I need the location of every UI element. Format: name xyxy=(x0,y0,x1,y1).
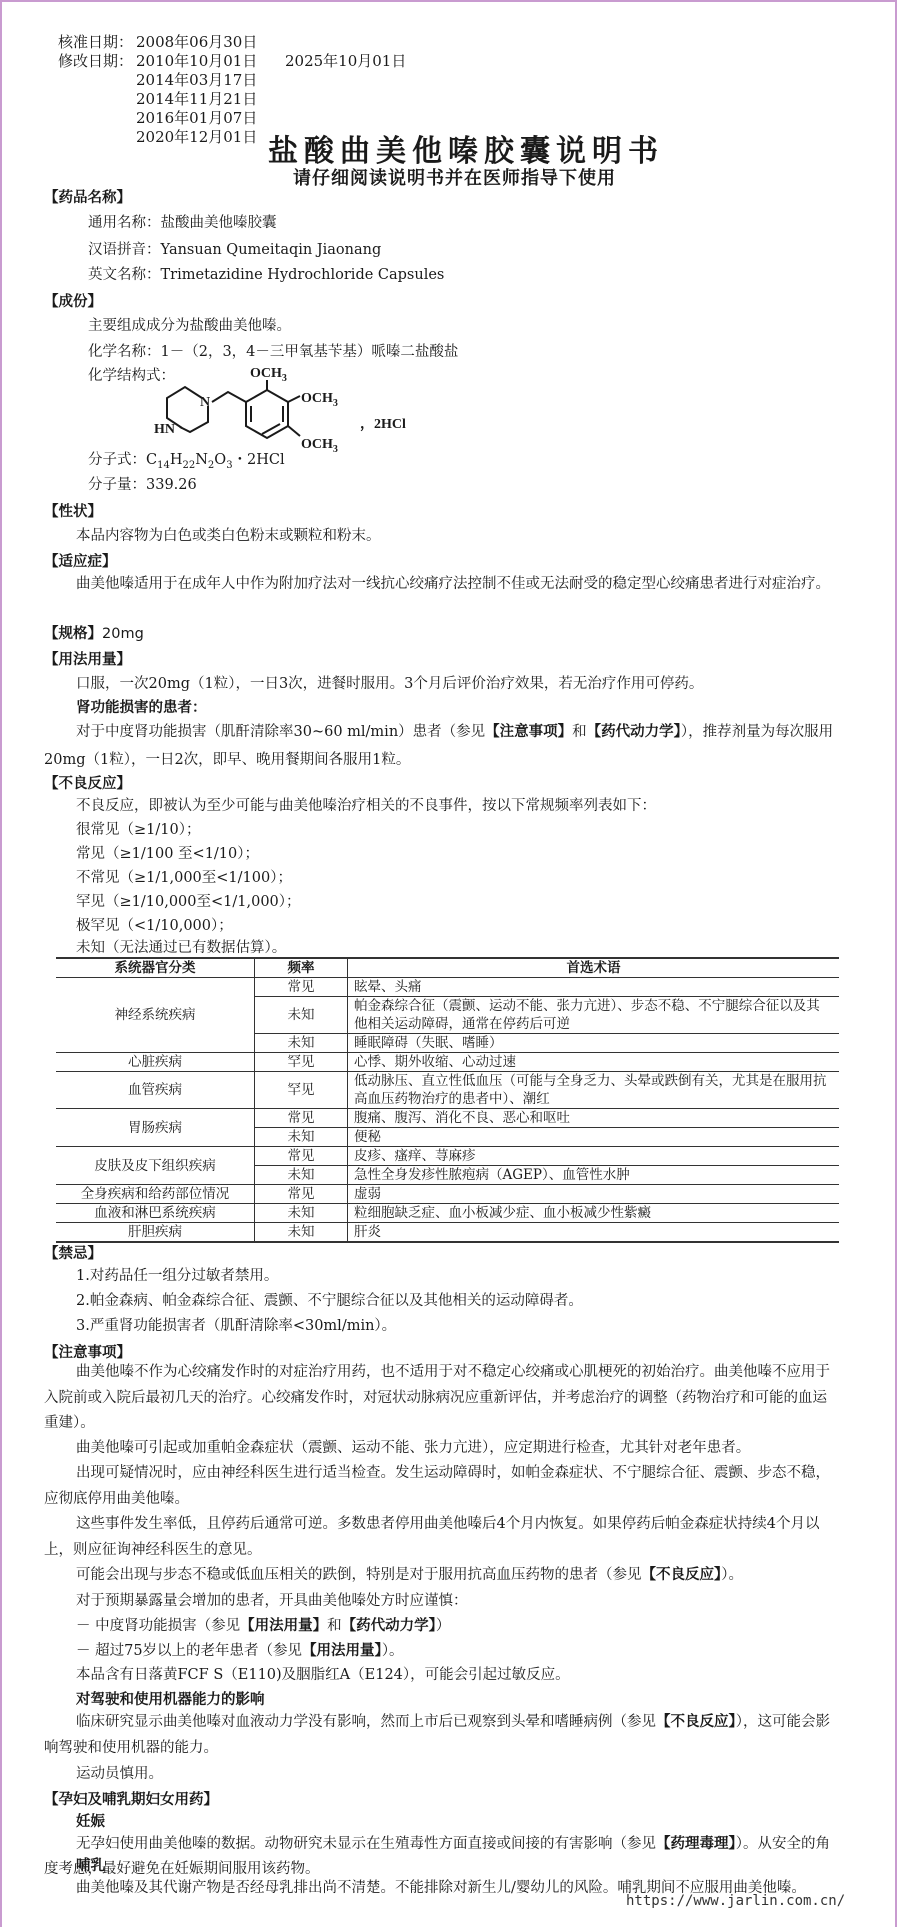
table-row: 胃肠疾病 常见 腹痛、腹泻、消化不良、恶心和呕吐 xyxy=(56,1109,839,1128)
section-heading-dosage: 【用法用量】 xyxy=(44,648,131,669)
term-cell: 眩晕、头痛 xyxy=(348,978,840,997)
section-heading-specification: 【规格】20mg xyxy=(44,622,144,643)
revision-date: 2014年03月17日 xyxy=(136,71,257,90)
freq-cell: 常见 xyxy=(255,978,348,997)
precaution-paragraph: 曲美他嗪可引起或加重帕金森症状（震颤、运动不能、张力亢进），应定期进行检查，尤其… xyxy=(44,1436,839,1462)
approval-label: 核准日期： xyxy=(58,33,133,52)
freq-cell: 常见 xyxy=(255,1109,348,1128)
frequency-item: 罕见（≥1/10,000至<1/1,000）； xyxy=(76,892,301,912)
section-heading-contraindications: 【禁忌】 xyxy=(44,1242,102,1263)
soc-cell: 神经系统疾病 xyxy=(56,978,255,1053)
adverse-reactions-table: 系统器官分类 频率 首选术语 神经系统疾病 常见 眩晕、头痛 未知 帕金森综合征… xyxy=(56,957,839,1243)
table-header-row: 系统器官分类 频率 首选术语 xyxy=(56,958,839,978)
precaution-line: － 超过75岁以上的老年患者（参见【用法用量】）。 xyxy=(76,1641,404,1661)
athletes-note: 运动员慎用。 xyxy=(76,1764,163,1784)
frequency-item: 极罕见（<1/10,000）； xyxy=(76,916,233,936)
svg-text:OCH3: OCH3 xyxy=(250,366,287,384)
term-cell: 腹痛、腹泻、消化不良、恶心和呕吐 xyxy=(348,1109,840,1128)
description-text: 本品内容物为白色或类白色粉末或颗粒和粉末。 xyxy=(76,526,381,546)
table-row: 皮肤及皮下组织疾病 常见 皮疹、瘙痒、荨麻疹 xyxy=(56,1147,839,1166)
svg-text:，2HCl: ，2HCl xyxy=(360,417,406,432)
term-cell: 急性全身发疹性脓疱病（AGEP）、血管性水肿 xyxy=(348,1166,840,1185)
molecular-formula: 分子式：C14H22N2O3・2HCl xyxy=(88,450,285,476)
section-heading-precautions: 【注意事项】 xyxy=(44,1341,131,1362)
column-header-soc: 系统器官分类 xyxy=(56,958,255,978)
frequency-item: 未知（无法通过已有数据估算）。 xyxy=(76,938,286,958)
section-heading-composition: 【成份】 xyxy=(44,290,102,311)
revision-date: 2014年11月21日 xyxy=(136,90,257,109)
soc-cell: 血管疾病 xyxy=(56,1072,255,1109)
lactation-subheading: 哺乳 xyxy=(76,1856,105,1876)
precaution-paragraph: 可能会出现与步态不稳或低血压相关的跌倒，特别是对于服用抗高血压药物的患者（参见【… xyxy=(44,1563,839,1589)
table-row: 全身疾病和给药部位情况 常见 虚弱 xyxy=(56,1185,839,1204)
soc-cell: 心脏疾病 xyxy=(56,1053,255,1072)
precaution-paragraph: 出现可疑情况时，应由神经科医生进行适当检查。发生运动障碍时，如帕金森症状、不宁腿… xyxy=(44,1461,839,1512)
precaution-paragraph: 曲美他嗪不作为心绞痛发作时的对症治疗用药，也不适用于对不稳定心绞痛或心肌梗死的初… xyxy=(44,1360,839,1437)
revision-date: 2020年12月01日 xyxy=(136,128,257,147)
freq-cell: 未知 xyxy=(255,1034,348,1053)
term-cell: 低动脉压、直立性低血压（可能与全身乏力、头晕或跌倒有关，尤其是在服用抗高血压药物… xyxy=(348,1072,840,1109)
freq-cell: 未知 xyxy=(255,997,348,1034)
section-heading-pregnancy: 【孕妇及哺乳期妇女用药】 xyxy=(44,1788,218,1809)
freq-cell: 常见 xyxy=(255,1185,348,1204)
molecular-weight: 分子量：339.26 xyxy=(88,475,197,495)
generic-name: 通用名称：盐酸曲美他嗪胶囊 xyxy=(88,213,277,233)
freq-cell: 未知 xyxy=(255,1204,348,1223)
term-cell: 心悸、期外收缩、心动过速 xyxy=(348,1053,840,1072)
contraindication-item: 1.对药品任一组分过敏者禁用。 xyxy=(76,1266,278,1286)
chemical-structure-diagram: N HN OCH3 OCH3 OCH3 ，2HCl xyxy=(150,360,430,460)
renal-text: 对于中度肾功能损害（肌酐清除率30~60 ml/min）患者（参见【注意事项】和… xyxy=(44,718,839,774)
document-subtitle: 请仔细阅读说明书并在医师指导下使用 xyxy=(293,164,616,190)
indications-text: 曲美他嗪适用于在成年人中作为附加疗法对一线抗心绞痛疗法控制不佳或无法耐受的稳定型… xyxy=(44,570,839,598)
soc-cell: 皮肤及皮下组织疾病 xyxy=(56,1147,255,1185)
revision-date: 2016年01月07日 xyxy=(136,109,257,128)
table-row: 心脏疾病 罕见 心悸、期外收缩、心动过速 xyxy=(56,1053,839,1072)
term-cell: 虚弱 xyxy=(348,1185,840,1204)
svg-text:OCH3: OCH3 xyxy=(301,391,338,409)
section-heading-indications: 【适应症】 xyxy=(44,550,117,571)
freq-cell: 罕见 xyxy=(255,1072,348,1109)
section-heading-description: 【性状】 xyxy=(44,500,102,521)
section-heading-adverse-reactions: 【不良反应】 xyxy=(44,772,131,793)
contraindication-item: 3.严重肾功能损害者（肌酐清除率<30ml/min）。 xyxy=(76,1316,396,1336)
freq-cell: 罕见 xyxy=(255,1053,348,1072)
chemical-name: 化学名称：1－（2，3，4－三甲氧基苄基）哌嗪二盐酸盐 xyxy=(88,342,458,362)
section-heading-drug-name: 【药品名称】 xyxy=(44,186,131,207)
source-url-watermark: https://www.jarlin.com.cn/ xyxy=(626,1893,845,1909)
freq-cell: 未知 xyxy=(255,1128,348,1147)
frequency-item: 很常见（≥1/10）； xyxy=(76,820,200,840)
adverse-intro: 不良反应，即被认为至少可能与曲美他嗪治疗相关的不良事件，按以下常规频率列表如下： xyxy=(76,796,656,816)
table-row: 血管疾病 罕见 低动脉压、直立性低血压（可能与全身乏力、头晕或跌倒有关，尤其是在… xyxy=(56,1072,839,1109)
soc-cell: 胃肠疾病 xyxy=(56,1109,255,1147)
freq-cell: 未知 xyxy=(255,1166,348,1185)
term-cell: 便秘 xyxy=(348,1128,840,1147)
term-cell: 粒细胞缺乏症、血小板减少症、血小板减少性紫癜 xyxy=(348,1204,840,1223)
svg-text:N: N xyxy=(200,395,210,410)
pinyin-name: 汉语拼音：Yansuan Qumeitaqin Jiaonang xyxy=(88,240,381,260)
soc-cell: 肝胆疾病 xyxy=(56,1223,255,1243)
driving-text: 临床研究显示曲美他嗪对血液动力学没有影响，然而上市后已观察到头晕和嗜睡病例（参见… xyxy=(44,1710,839,1761)
svg-text:OCH3: OCH3 xyxy=(301,437,338,455)
soc-cell: 血液和淋巴系统疾病 xyxy=(56,1204,255,1223)
term-cell: 帕金森综合征（震颤、运动不能、张力亢进）、步态不稳、不宁腿综合征以及其他相关运动… xyxy=(348,997,840,1034)
main-ingredient: 主要组成成分为盐酸曲美他嗪。 xyxy=(88,316,291,336)
dosage-text: 口服，一次20mg（1粒），一日3次，进餐时服用。3个月后评价治疗效果，若无治疗… xyxy=(76,674,703,694)
renal-heading: 肾功能损害的患者： xyxy=(76,698,207,718)
revision-date: 2010年10月01日 xyxy=(136,52,257,71)
term-cell: 睡眠障碍（失眠、嗜睡） xyxy=(348,1034,840,1053)
pregnancy-text: 无孕妇使用曲美他嗪的数据。动物研究未显示在生殖毒性方面直接或间接的有害影响（参见… xyxy=(44,1832,839,1882)
term-cell: 皮疹、瘙痒、荨麻疹 xyxy=(348,1147,840,1166)
table-row: 血液和淋巴系统疾病 未知 粒细胞缺乏症、血小板减少症、血小板减少性紫癜 xyxy=(56,1204,839,1223)
revision-date: 2025年10月01日 xyxy=(285,52,406,71)
table-row: 神经系统疾病 常见 眩晕、头痛 xyxy=(56,978,839,997)
driving-heading: 对驾驶和使用机器能力的影响 xyxy=(76,1690,265,1710)
soc-cell: 全身疾病和给药部位情况 xyxy=(56,1185,255,1204)
precaution-line: － 中度肾功能损害（参见【用法用量】和【药代动力学】） xyxy=(76,1616,450,1636)
revision-label: 修改日期： xyxy=(58,52,133,71)
english-name: 英文名称：Trimetazidine Hydrochloride Capsule… xyxy=(88,265,444,285)
approval-date: 2008年06月30日 xyxy=(136,33,257,52)
precaution-line: 本品含有日落黄FCF S（E110)及胭脂红A（E124），可能会引起过敏反应。 xyxy=(76,1665,570,1685)
pregnancy-subheading: 妊娠 xyxy=(76,1812,105,1832)
molecule-icon: N HN OCH3 OCH3 OCH3 ，2HCl xyxy=(150,360,430,460)
freq-cell: 未知 xyxy=(255,1223,348,1243)
svg-text:HN: HN xyxy=(154,422,175,437)
frequency-item: 不常见（≥1/1,000至<1/100）； xyxy=(76,868,292,888)
column-header-frequency: 频率 xyxy=(255,958,348,978)
column-header-term: 首选术语 xyxy=(348,958,840,978)
term-cell: 肝炎 xyxy=(348,1223,840,1243)
precaution-paragraph: 这些事件发生率低，且停药后通常可逆。多数患者停用曲美他嗪后4个月内恢复。如果停药… xyxy=(44,1512,839,1563)
freq-cell: 常见 xyxy=(255,1147,348,1166)
specification-value: 20mg xyxy=(102,626,144,642)
table-row: 肝胆疾病 未知 肝炎 xyxy=(56,1223,839,1243)
contraindication-item: 2.帕金森病、帕金森综合征、震颤、不宁腿综合征以及其他相关的运动障碍者。 xyxy=(76,1291,583,1311)
frequency-item: 常见（≥1/100 至<1/10）； xyxy=(76,844,259,864)
precaution-line: 对于预期暴露量会增加的患者，开具曲美他嗪处方时应谨慎： xyxy=(76,1591,468,1611)
